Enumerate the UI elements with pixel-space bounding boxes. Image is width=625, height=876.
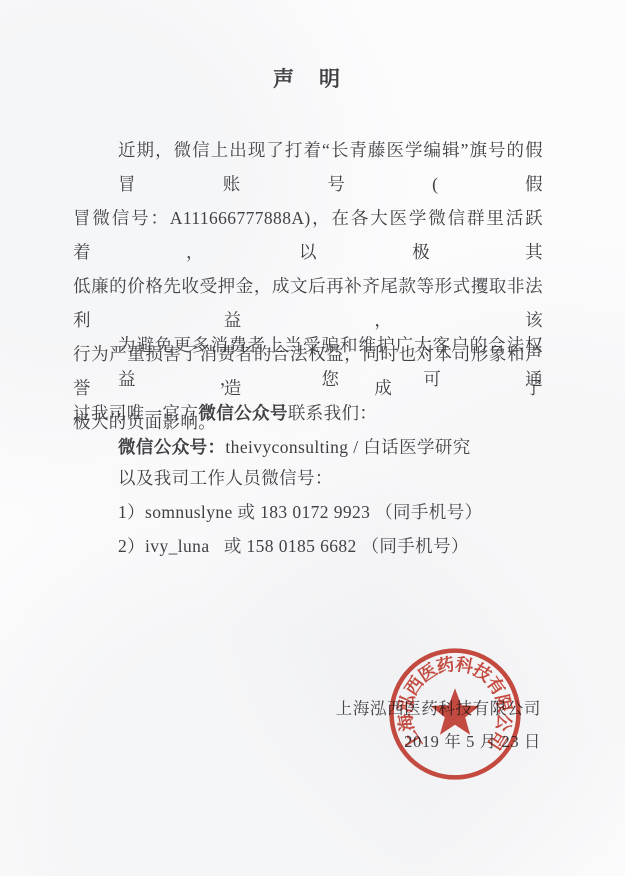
paragraph-line: 为避免更多消费者上当受骗和维护广大客户的合法权益，您可通 [73, 328, 543, 396]
company-signature: 上海泓西医药科技有限公司 [336, 697, 541, 721]
seal-arc-char: 有 [483, 672, 511, 699]
seal-arc-char: 西 [401, 673, 428, 699]
staff-wechat-item: 1）somnuslyne 或 183 0172 9923 （同手机号） [73, 495, 543, 529]
highlighted-wechat-account-label: 微信公众号 [198, 403, 288, 423]
seal-arc-char: 医 [415, 659, 441, 686]
paragraph-line: 近期，微信上出现了打着“长青藤医学编辑”旗号的假冒账号(假 [73, 133, 543, 201]
wechat-account-label: 微信公众号： [118, 437, 225, 457]
statement-paragraph-staff-wechat: 以及我司工作人员微信号： 1）somnuslyne 或 183 0172 992… [73, 461, 543, 563]
text-segment: 过我司唯一官方 [73, 403, 198, 423]
signature-date: 2019 年 5 月 23 日 [404, 730, 541, 754]
wechat-account-value: theivyconsulting / 白话医学研究 [225, 437, 470, 457]
staff-wechat-item: 2）ivy_luna 或 158 0185 6682 （同手机号） [73, 529, 543, 563]
seal-arc-char: 科 [454, 653, 476, 677]
paragraph-line: 低廉的价格先收受押金，成文后再补齐尾款等形式攫取非法利益，该 [73, 269, 543, 337]
scanned-statement-page: 声 明 近期，微信上出现了打着“长青藤医学编辑”旗号的假冒账号(假 冒微信号：A… [0, 0, 625, 876]
statement-paragraph-official-account: 为避免更多消费者上当受骗和维护广大客户的合法权益，您可通 过我司唯一官方微信公众… [73, 328, 543, 464]
document-title: 声 明 [0, 63, 615, 93]
seal-arc-char: 药 [435, 654, 457, 677]
paragraph-line: 过我司唯一官方微信公众号联系我们： [73, 396, 543, 430]
seal-arc-char: 技 [468, 658, 495, 686]
text-segment: 联系我们： [288, 403, 378, 423]
paragraph-line: 冒微信号：A111666777888A)，在各大医学微信群里活跃着，以极其 [73, 201, 543, 269]
staff-wechat-intro: 以及我司工作人员微信号： [73, 461, 543, 495]
official-account-line: 微信公众号：theivyconsulting / 白话医学研究 [73, 430, 543, 464]
